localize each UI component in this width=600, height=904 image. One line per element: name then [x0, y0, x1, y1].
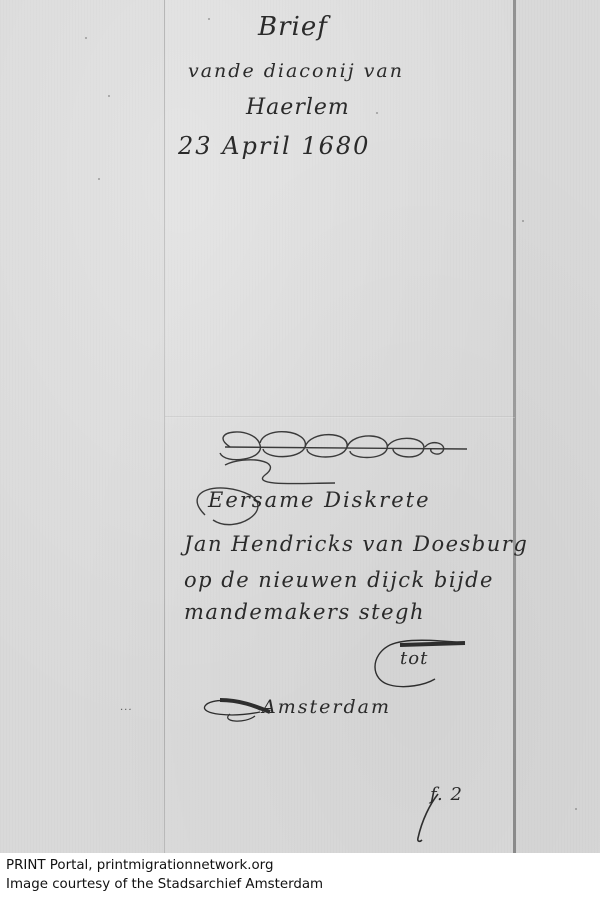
address-city: Amsterdam	[262, 696, 391, 718]
paper-speck	[575, 808, 577, 810]
postal-mark: f. 2	[430, 784, 463, 805]
docket-date: 23 April 1680	[178, 132, 370, 160]
decorative-flourish	[195, 425, 475, 535]
paper-speck	[98, 178, 100, 180]
paper-speck	[522, 220, 524, 222]
address-street: op de nieuwen dijck bijde	[184, 568, 494, 592]
ink-dot	[208, 18, 210, 20]
docket-sender: vande diaconij van	[188, 60, 404, 82]
address-salutation: Eersame Diskrete	[208, 488, 431, 512]
docket-title: Brief	[258, 12, 328, 42]
left-fold-line	[164, 0, 165, 853]
credit-source: PRINT Portal, printmigrationnetwork.org	[6, 856, 596, 875]
credit-courtesy: Image courtesy of the Stadsarchief Amste…	[6, 875, 596, 894]
paper-speck	[108, 95, 110, 97]
docket-place: Haerlem	[246, 95, 350, 120]
paper-speck	[376, 112, 378, 114]
address-recipient: Jan Hendricks van Doesburg	[184, 532, 528, 556]
document-scan: Brief vande diaconij van Haerlem 23 Apri…	[0, 0, 600, 853]
right-fold-line	[513, 0, 516, 853]
paper-speck	[85, 37, 87, 39]
address-tot: tot	[400, 648, 428, 669]
image-credit: PRINT Portal, printmigrationnetwork.org …	[6, 856, 596, 894]
address-alley: mandemakers stegh	[184, 600, 425, 624]
margin-mark: ...	[120, 702, 133, 713]
horizontal-fold-line	[165, 416, 515, 418]
